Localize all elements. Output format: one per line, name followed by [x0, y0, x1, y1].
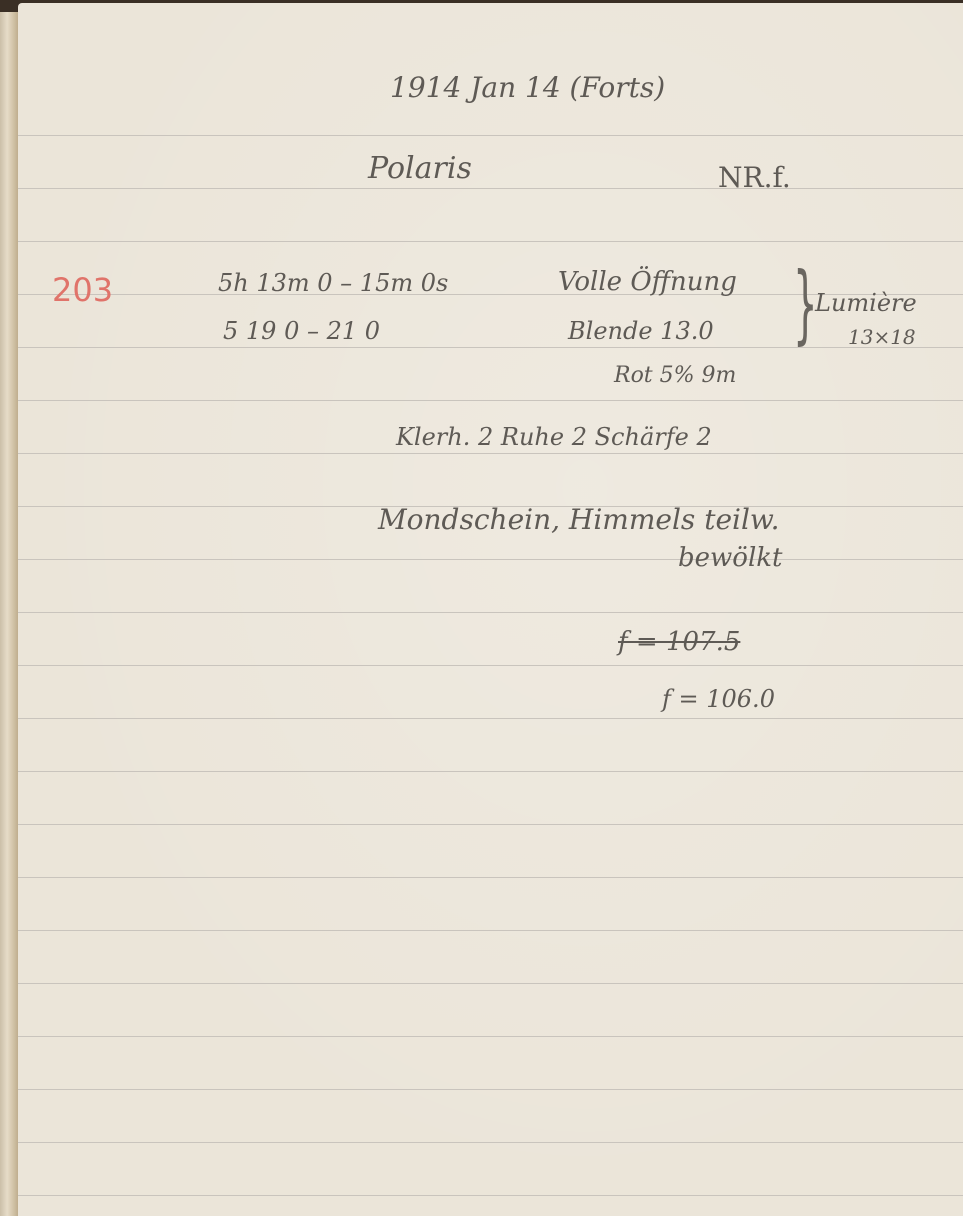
ruled-line — [18, 1089, 963, 1090]
ruled-line — [18, 718, 963, 719]
object-code: NR.f. — [718, 161, 791, 194]
book-binding-edge — [0, 12, 19, 1216]
ruled-line — [18, 824, 963, 825]
plate-size: 13×18 — [848, 325, 916, 349]
ruled-line — [18, 771, 963, 772]
seeing-ratings: Klerh. 2 Ruhe 2 Schärfe 2 — [396, 423, 712, 451]
ruled-line — [18, 241, 963, 242]
exposure-time-1: 5h 13m 0 – 15m 0s — [218, 269, 448, 297]
ruled-line — [18, 983, 963, 984]
object-name: Polaris — [368, 151, 472, 186]
ruled-line — [18, 930, 963, 931]
ruled-line — [18, 877, 963, 878]
ruled-line — [18, 188, 963, 189]
ruled-line — [18, 1036, 963, 1037]
ruled-line — [18, 559, 963, 560]
ruled-line — [18, 453, 963, 454]
filter-note: Rot 5% 9m — [614, 363, 736, 388]
exposure-setting-2: Blende 13.0 — [568, 317, 714, 345]
conditions-line-1: Mondschein, Himmels teilw. — [378, 503, 779, 536]
ruled-line — [18, 612, 963, 613]
focus-struck: f = 107.5 — [618, 627, 740, 657]
exposure-time-2: 5 19 0 – 21 0 — [223, 317, 380, 345]
ruled-line — [18, 1142, 963, 1143]
ruled-line — [18, 347, 963, 348]
conditions-line-2: bewölkt — [678, 543, 782, 573]
grouping-brace: } — [793, 261, 818, 347]
ruled-line — [18, 400, 963, 401]
focus-value: f = 106.0 — [662, 685, 775, 713]
ruled-line — [18, 665, 963, 666]
page-heading: 1914 Jan 14 (Forts) — [390, 71, 665, 104]
plate-brand: Lumière — [815, 289, 917, 317]
exposure-setting-1: Volle Öffnung — [558, 267, 737, 297]
ruled-line — [18, 135, 963, 136]
notebook-page: 1914 Jan 14 (Forts) Polaris NR.f. 203 5h… — [18, 3, 963, 1216]
ruled-line — [18, 1195, 963, 1196]
plate-number: 203 — [52, 271, 113, 309]
